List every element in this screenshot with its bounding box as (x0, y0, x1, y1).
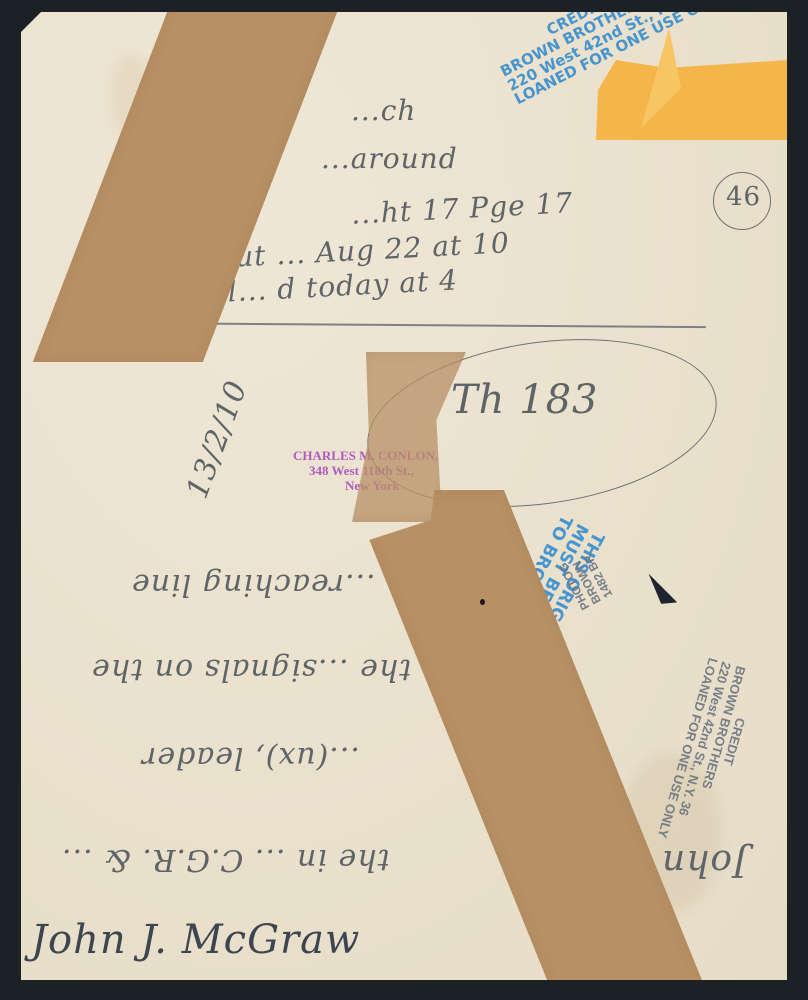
ink-blot (643, 570, 677, 611)
photo-back-paper: ...ch ...around ...ht 17 Pge 17 Out ... … (21, 12, 787, 980)
handwriting-line-1: ...ch (351, 94, 416, 127)
handwriting-line-2: ...around (321, 142, 458, 175)
paper-tape-strip-upper (33, 12, 341, 362)
ink-dot (480, 599, 485, 605)
fraction-note: 13/2/10 (180, 376, 255, 503)
signature-john-j-mcgraw: John J. McGraw (31, 917, 360, 963)
paper-tape-strip-lower (349, 490, 706, 980)
upside-down-line-3: ...(ux), leader (141, 740, 360, 775)
upside-down-line-2: the ...signals on the (91, 652, 411, 687)
orange-tape-piece (596, 60, 787, 140)
upside-down-line-4: the in ... C.G.R. & ... (61, 842, 390, 877)
upside-down-line-1: ...reaching line (131, 567, 376, 602)
handwriting-line-3: ...ht 17 Pge 17 (350, 186, 574, 231)
circled-number: 46 (726, 182, 761, 212)
catalog-number: Th 183 (451, 377, 599, 423)
